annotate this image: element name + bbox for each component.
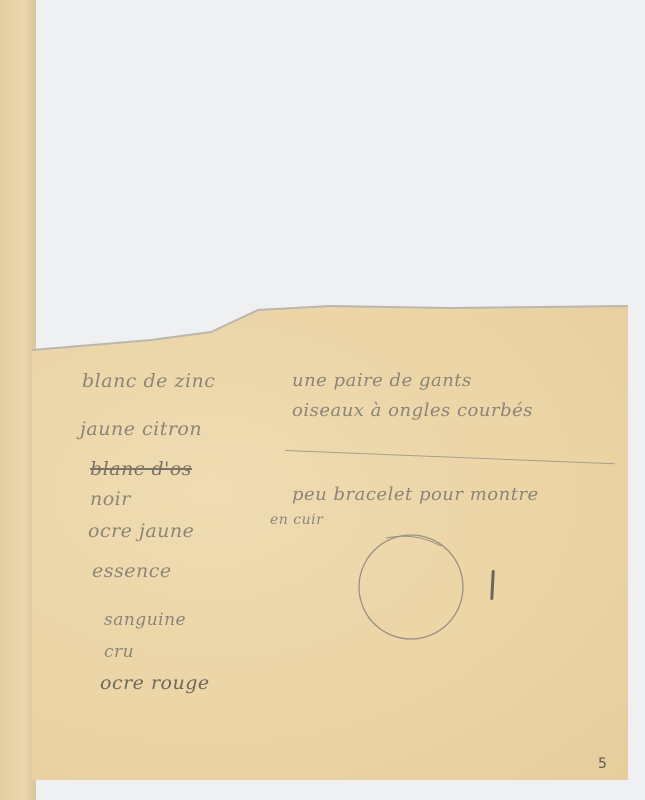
list-item: ocre rouge: [100, 672, 210, 694]
note-line: en cuir: [270, 512, 323, 528]
note-line: oiseaux à ongles courbés: [292, 400, 533, 421]
list-item: essence: [92, 560, 172, 582]
list-item: jaune citron: [80, 418, 202, 440]
circle-sketch-icon: [356, 532, 466, 642]
list-item: sanguine: [104, 610, 186, 630]
list-item: blanc de zinc: [82, 370, 215, 392]
list-item: cru: [104, 642, 134, 662]
adjacent-page-edge: [0, 0, 37, 800]
list-item-struck: blanc d'os: [90, 458, 192, 480]
note-line: peu bracelet pour montre: [292, 484, 539, 505]
note-line: une paire de gants: [292, 370, 472, 391]
list-item: ocre jaune: [88, 520, 194, 542]
page-number: 5: [598, 756, 607, 772]
list-item: noir: [90, 488, 131, 510]
